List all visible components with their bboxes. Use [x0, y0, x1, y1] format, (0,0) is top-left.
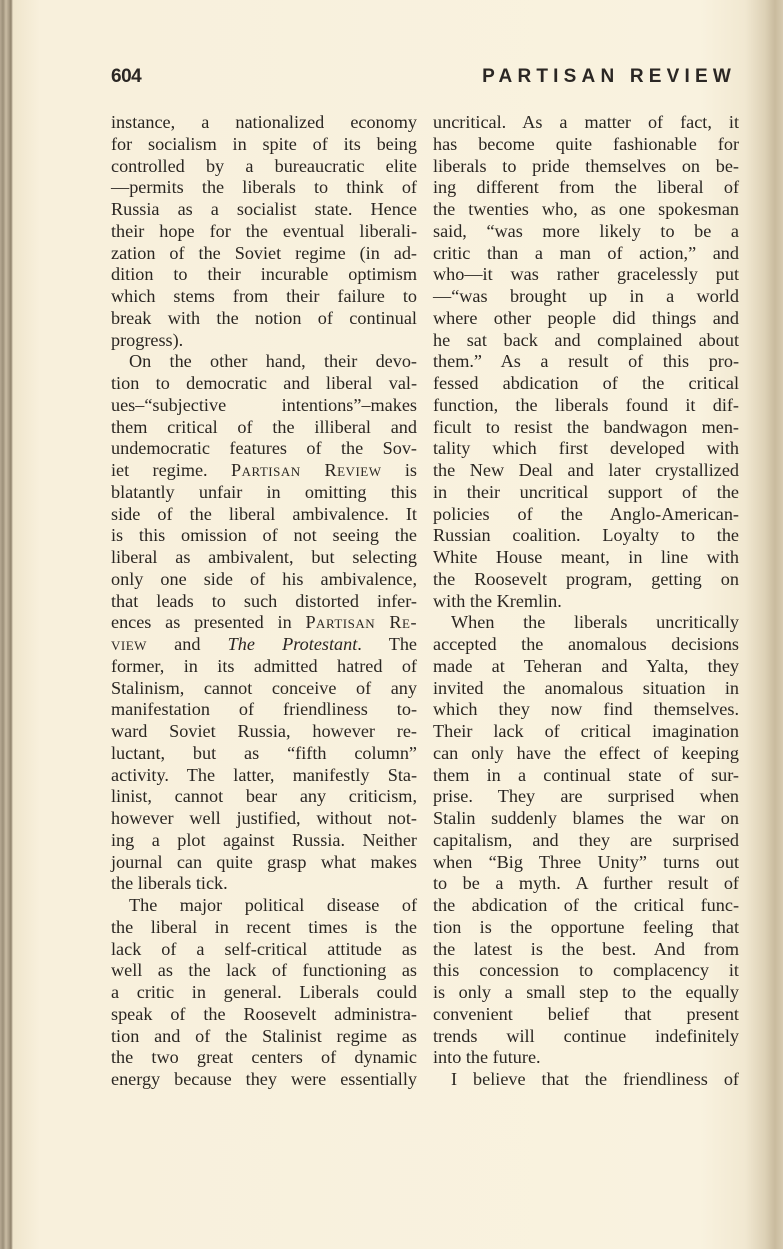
text-line: ward Soviet Russia, however re-	[111, 721, 417, 743]
text-line: prise. They are surprised when	[433, 786, 739, 808]
text-line: in their uncritical support of the	[433, 482, 739, 504]
text-line: ing different from the liberal of	[433, 177, 739, 199]
text-line: the latest is the best. And from	[433, 939, 739, 961]
text-line: ences as presented in Partisan Re-	[111, 612, 417, 634]
text-line: the liberals tick.	[111, 873, 417, 895]
text-line: convenient belief that present	[433, 1004, 739, 1026]
text-line: tion and of the Stalinist regime as	[111, 1026, 417, 1048]
text-line: them.” As a result of this pro-	[433, 351, 739, 373]
page-number: 604	[111, 66, 141, 88]
text-line: controlled by a bureaucratic elite	[111, 156, 417, 178]
text-line: —permits the liberals to think of	[111, 177, 417, 199]
text-line: journal can quite grasp what makes	[111, 852, 417, 874]
text-line: view and The Protestant. The	[111, 634, 417, 656]
text-line: manifestation of friendliness to-	[111, 699, 417, 721]
text-line: with the Kremlin.	[433, 591, 739, 613]
text-line: well as the lack of functioning as	[111, 960, 417, 982]
text-line: critic than a man of action,” and	[433, 243, 739, 265]
text-line: Russian coalition. Loyalty to the	[433, 525, 739, 547]
text-line: said, “was more likely to be a	[433, 221, 739, 243]
text-line: can only have the effect of keeping	[433, 743, 739, 765]
text-line: the Roosevelt program, getting on	[433, 569, 739, 591]
text-line: however well justified, without not-	[111, 808, 417, 830]
text-line: speak of the Roosevelt administra-	[111, 1004, 417, 1026]
text-line: which they now find themselves.	[433, 699, 739, 721]
journal-title: Partisan Review	[231, 460, 382, 480]
text-line: undemocratic features of the Sov-	[111, 438, 417, 460]
text-line: On the other hand, their devo-	[111, 351, 417, 373]
text-line: them in a continual state of sur-	[433, 765, 739, 787]
text-line: iet regime. Partisan Review is	[111, 460, 417, 482]
text-line: I believe that the friendliness of	[433, 1069, 739, 1091]
text-line: Russia as a socialist state. Hence	[111, 199, 417, 221]
text-line: the liberal in recent times is the	[111, 917, 417, 939]
text-line: trends will continue indefinitely	[433, 1026, 739, 1048]
text-line: tality which first developed with	[433, 438, 739, 460]
text-line: for socialism in spite of its being	[111, 134, 417, 156]
text-line: activity. The latter, manifestly Sta-	[111, 765, 417, 787]
text-line: break with the notion of continual	[111, 308, 417, 330]
text-line: fessed abdication of the critical	[433, 373, 739, 395]
text-line: ing a plot against Russia. Neither	[111, 830, 417, 852]
text-line: which stems from their failure to	[111, 286, 417, 308]
page-header: 604 PARTISAN REVIEW	[111, 66, 736, 92]
text-line: progress).	[111, 330, 417, 352]
text-line: luctant, but as “fifth column”	[111, 743, 417, 765]
text-line: The major political disease of	[111, 895, 417, 917]
text-line: —“was brought up in a world	[433, 286, 739, 308]
text-line: White House meant, in line with	[433, 547, 739, 569]
text-line: Stalin suddenly blames the war on	[433, 808, 739, 830]
text-line: liberal as ambivalent, but selecting	[111, 547, 417, 569]
text-line: function, the liberals found it dif-	[433, 395, 739, 417]
text-line: Their lack of critical imagination	[433, 721, 739, 743]
text-line: When the liberals uncritically	[433, 612, 739, 634]
journal-title: view	[111, 634, 147, 654]
text-line: he sat back and complained about	[433, 330, 739, 352]
text-line: to be a myth. A further result of	[433, 873, 739, 895]
book-page: 604 PARTISAN REVIEW instance, a national…	[0, 0, 783, 1249]
text-line: invited the anomalous situation in	[433, 678, 739, 700]
text-line: energy because they were essentially	[111, 1069, 417, 1091]
text-line: uncritical. As a matter of fact, it	[433, 112, 739, 134]
text-line: has become quite fashionable for	[433, 134, 739, 156]
text-line: who—it was rather gracelessly put	[433, 264, 739, 286]
text-line: the New Deal and later crystallized	[433, 460, 739, 482]
text-column-left: instance, a nationalized economyfor soci…	[111, 112, 417, 1091]
text-column-right: uncritical. As a matter of fact, ithas b…	[433, 112, 739, 1091]
text-line: lack of a self-critical attitude as	[111, 939, 417, 961]
text-line: the abdication of the critical func-	[433, 895, 739, 917]
text-line: into the future.	[433, 1047, 739, 1069]
text-line: blatantly unfair in omitting this	[111, 482, 417, 504]
text-line: capitalism, and they are surprised	[433, 830, 739, 852]
text-line: accepted the anomalous decisions	[433, 634, 739, 656]
text-line: ficult to resist the bandwagon men-	[433, 417, 739, 439]
text-line: their hope for the eventual liberali-	[111, 221, 417, 243]
text-line: made at Teheran and Yalta, they	[433, 656, 739, 678]
text-line: instance, a nationalized economy	[111, 112, 417, 134]
journal-title-italic: The Protestant	[228, 634, 358, 654]
text-line: is this omission of not seeing the	[111, 525, 417, 547]
text-line: a critic in general. Liberals could	[111, 982, 417, 1004]
text-line: the two great centers of dynamic	[111, 1047, 417, 1069]
journal-title: Partisan Re-	[305, 612, 417, 632]
text-line: dition to their incurable optimism	[111, 264, 417, 286]
text-line: when “Big Three Unity” turns out	[433, 852, 739, 874]
text-line: tion is the opportune feeling that	[433, 917, 739, 939]
text-line: Stalinism, cannot conceive of any	[111, 678, 417, 700]
text-line: the twenties who, as one spokesman	[433, 199, 739, 221]
text-line: where other people did things and	[433, 308, 739, 330]
text-line: is only a small step to the equally	[433, 982, 739, 1004]
text-line: them critical of the illiberal and	[111, 417, 417, 439]
text-line: ues–“subjective intentions”–makes	[111, 395, 417, 417]
text-line: linist, cannot bear any criticism,	[111, 786, 417, 808]
text-line: this concession to complacency it	[433, 960, 739, 982]
text-line: tion to democratic and liberal val-	[111, 373, 417, 395]
running-head: PARTISAN REVIEW	[482, 66, 736, 88]
text-line: former, in its admitted hatred of	[111, 656, 417, 678]
text-line: that leads to such distorted infer-	[111, 591, 417, 613]
text-line: only one side of his ambivalence,	[111, 569, 417, 591]
text-line: liberals to pride themselves on be-	[433, 156, 739, 178]
text-line: policies of the Anglo-American-	[433, 504, 739, 526]
text-line: zation of the Soviet regime (in ad-	[111, 243, 417, 265]
text-line: side of the liberal ambivalence. It	[111, 504, 417, 526]
